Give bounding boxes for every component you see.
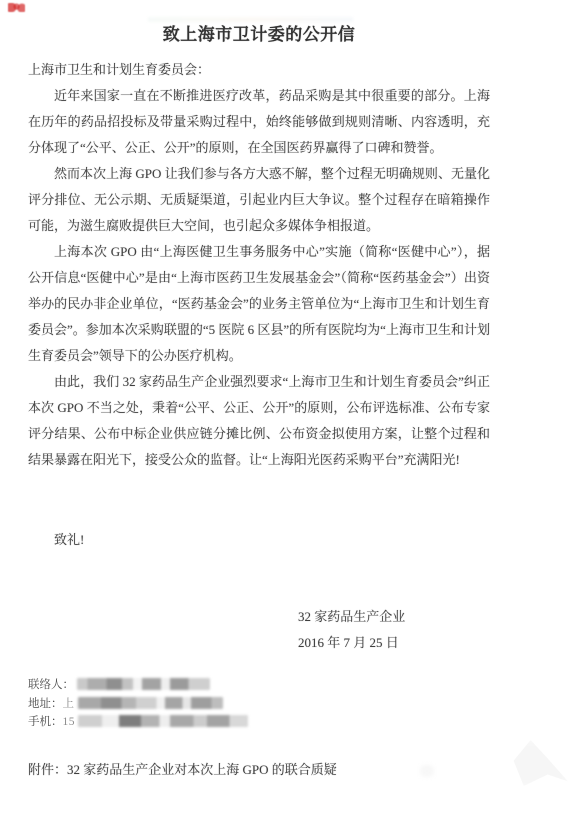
red-stamp-mark (8, 3, 25, 12)
signer-name: 32 家药品生产企业 (298, 604, 405, 630)
letter-body: 上海市卫生和计划生育委员会： 近年来国家一直在不断推进医疗改革，药品采购是其中很… (28, 57, 490, 473)
address-label: 地址： (28, 698, 63, 710)
paragraph-3: 上海本次 GPO 由“上海医健卫生事务服务中心”实施（简称“医健中心”），据公开… (28, 239, 490, 369)
faint-corner-watermark (500, 740, 568, 786)
attachment-line: 附件：32 家药品生产企业对本次上海 GPO 的联合质疑 (28, 757, 337, 783)
contact-person-row: 联络人： (28, 676, 248, 695)
salutation: 上海市卫生和计划生育委员会： (28, 57, 490, 83)
phone-visible-fragment: 15 (63, 716, 76, 728)
letter-page: 致上海市卫计委的公开信 上海市卫生和计划生育委员会： 近年来国家一直在不断推进医… (0, 0, 574, 814)
paragraph-1: 近年来国家一直在不断推进医疗改革，药品采购是其中很重要的部分。上海在历年的药品招… (28, 83, 490, 161)
phone-row: 手机：15 (28, 713, 248, 732)
contact-block: 联络人： 地址：上 手机：15 (28, 676, 248, 732)
paragraph-2: 然而本次上海 GPO 让我们参与各方大惑不解，整个过程无明确规则、无量化评分排位… (28, 161, 490, 239)
closing-salute: 致礼! (54, 527, 84, 553)
phone-label: 手机： (28, 716, 63, 728)
redacted-contact-name (77, 678, 210, 690)
signature-date: 2016 年 7 月 25 日 (298, 630, 405, 656)
contact-person-label: 联络人： (28, 679, 74, 691)
faint-smudge (420, 765, 434, 777)
address-visible-fragment: 上 (63, 698, 75, 710)
letter-title: 致上海市卫计委的公开信 (28, 20, 490, 45)
address-row: 地址：上 (28, 695, 248, 714)
redacted-address (78, 697, 223, 709)
paragraph-4: 由此，我们 32 家药品生产企业强烈要求“上海市卫生和计划生育委员会”纠正本次 … (28, 369, 490, 473)
signature-block: 32 家药品生产企业 2016 年 7 月 25 日 (298, 604, 405, 656)
redacted-phone (78, 715, 248, 727)
